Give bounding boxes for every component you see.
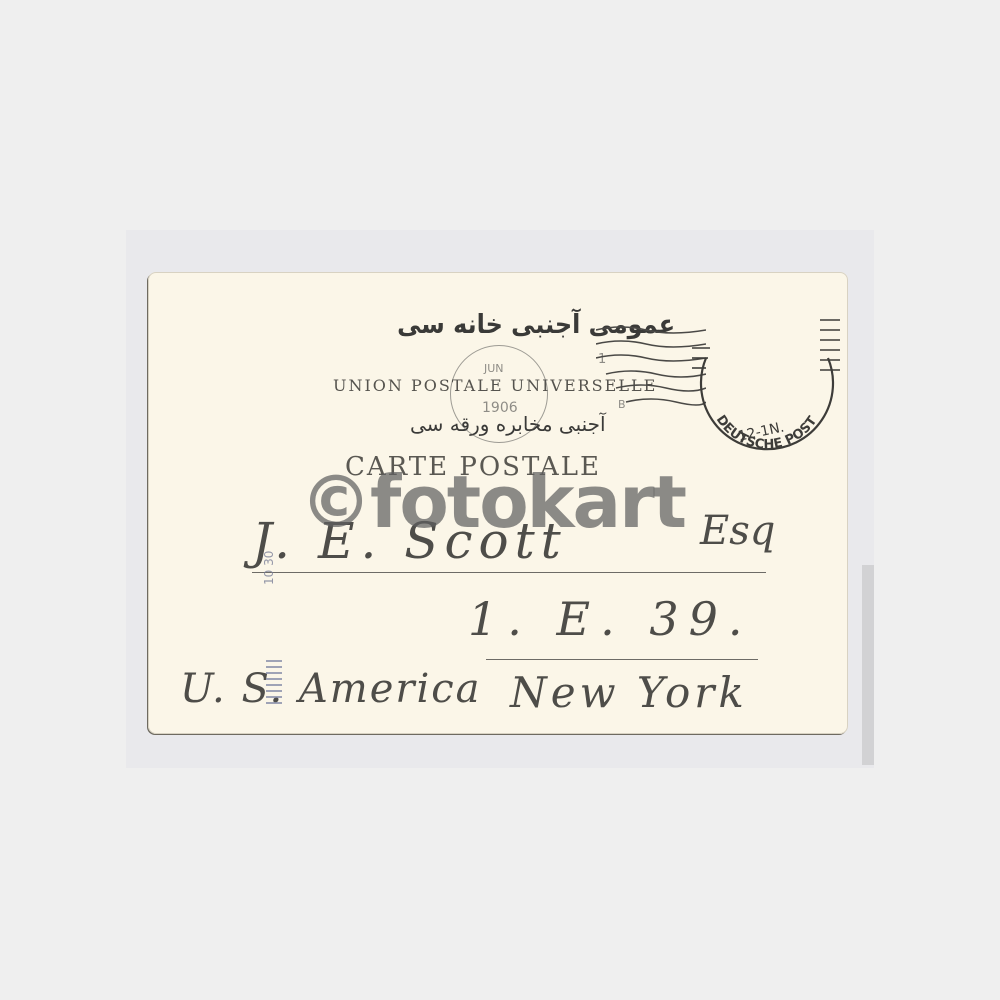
country: U. S. America	[180, 666, 482, 712]
city: New York	[510, 668, 748, 717]
postmark-month: JUN	[484, 362, 504, 375]
center-postmark	[450, 345, 548, 443]
fotokart-watermark: ©fotokart	[300, 466, 685, 538]
wavy-cancel-lines	[596, 322, 706, 412]
deutsche-post-postmark: 12-1N. DEUTSCHE POST	[692, 318, 842, 468]
receiving-stamp: 10 30	[262, 551, 276, 585]
mount-edge	[862, 565, 874, 765]
postmark-year: 1906	[482, 400, 518, 416]
recipient-suffix: Esq	[700, 508, 775, 554]
receiving-stamp-bars	[266, 660, 282, 708]
street-address: 1. E. 39.	[468, 592, 753, 646]
address-line-2	[486, 659, 758, 660]
address-line-1	[252, 572, 766, 573]
